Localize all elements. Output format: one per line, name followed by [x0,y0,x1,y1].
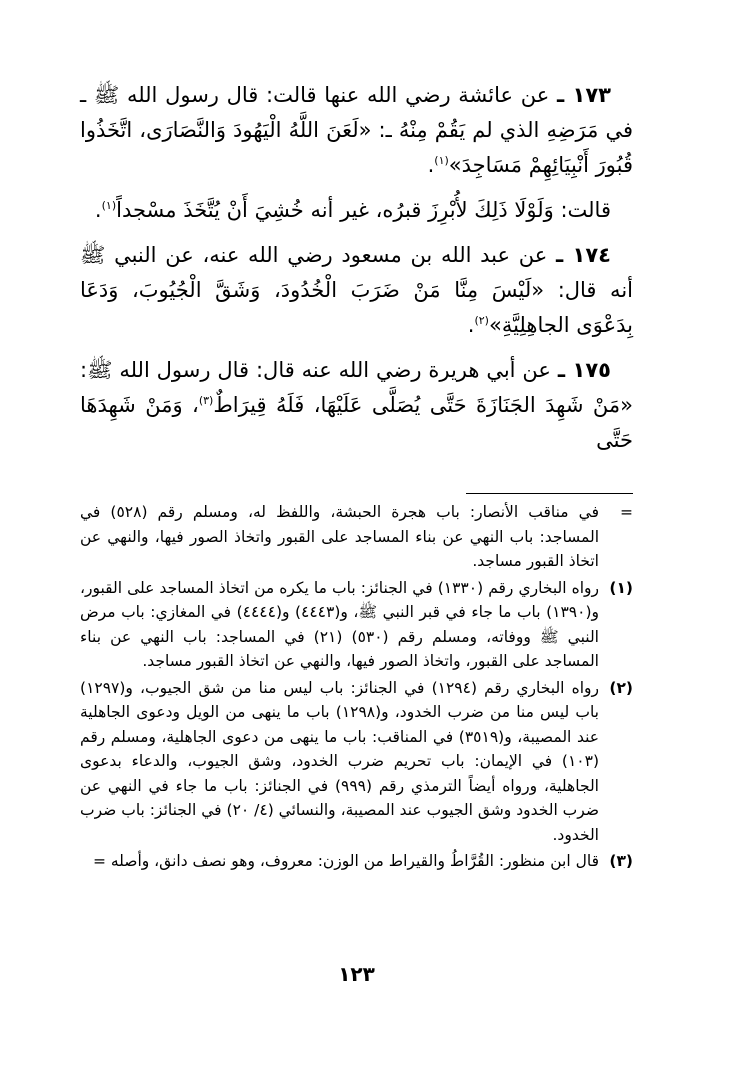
footnotes: = في مناقب الأنصار: باب هجرة الحبشة، وال… [80,500,633,876]
footnote-marker: (٣) [601,849,633,874]
footnote-ref[interactable]: (٣) [199,394,214,407]
hadith-173: ١٧٣ ـ عن عائشة رضي الله عنها قالت: قال ر… [80,78,633,183]
hadith-text: عن عائشة رضي الله عنها قالت: قال رسول ال… [80,83,633,177]
footnote-ref[interactable]: (١) [434,154,449,167]
hadith-number: ١٧٣ ـ [557,83,611,107]
footnote-separator [466,493,633,494]
hadith-number: ١٧٤ ـ [556,243,611,267]
footnote-marker: (٢) [601,676,633,701]
footnote-ref[interactable]: (١) [102,199,117,212]
hadith-173-addendum: قالت: وَلَوْلَا ذَلِكَ لأُبْرِزَ قبرُه، … [80,193,633,228]
footnote-2: (٢) رواه البخاري رقم (١٢٩٤) في الجنائز: … [80,676,633,848]
hadith-text: عن عبد الله بن مسعود رضي الله عنه، عن ال… [80,243,633,337]
main-text: ١٧٣ ـ عن عائشة رضي الله عنها قالت: قال ر… [80,78,633,468]
footnote-text: قال ابن منظور: القُرَّاطُ والقيراط من ال… [93,852,599,870]
continuation-marker: = [601,500,633,525]
hadith-number: ١٧٥ ـ [558,358,611,382]
hadith-text: قالت: وَلَوْلَا ذَلِكَ لأُبْرِزَ قبرُه، … [116,198,611,222]
footnote-text: في مناقب الأنصار: باب هجرة الحبشة، واللف… [80,503,599,570]
footnote-marker: (١) [601,576,633,601]
footnote-ref[interactable]: (٢) [474,314,489,327]
book-page: ١٧٣ ـ عن عائشة رضي الله عنها قالت: قال ر… [80,0,633,1072]
footnote-3: (٣) قال ابن منظور: القُرَّاطُ والقيراط م… [80,849,633,874]
footnote-text: رواه البخاري رقم (١٣٣٠) في الجنائز: باب … [80,579,599,671]
hadith-175: ١٧٥ ـ عن أبي هريرة رضي الله عنه قال: قال… [80,353,633,458]
footnote-continuation: = في مناقب الأنصار: باب هجرة الحبشة، وال… [80,500,633,574]
footnote-1: (١) رواه البخاري رقم (١٣٣٠) في الجنائز: … [80,576,633,674]
page-number: ١٢٣ [80,962,633,986]
hadith-174: ١٧٤ ـ عن عبد الله بن مسعود رضي الله عنه،… [80,238,633,343]
footnote-text: رواه البخاري رقم (١٢٩٤) في الجنائز: باب … [80,679,599,844]
